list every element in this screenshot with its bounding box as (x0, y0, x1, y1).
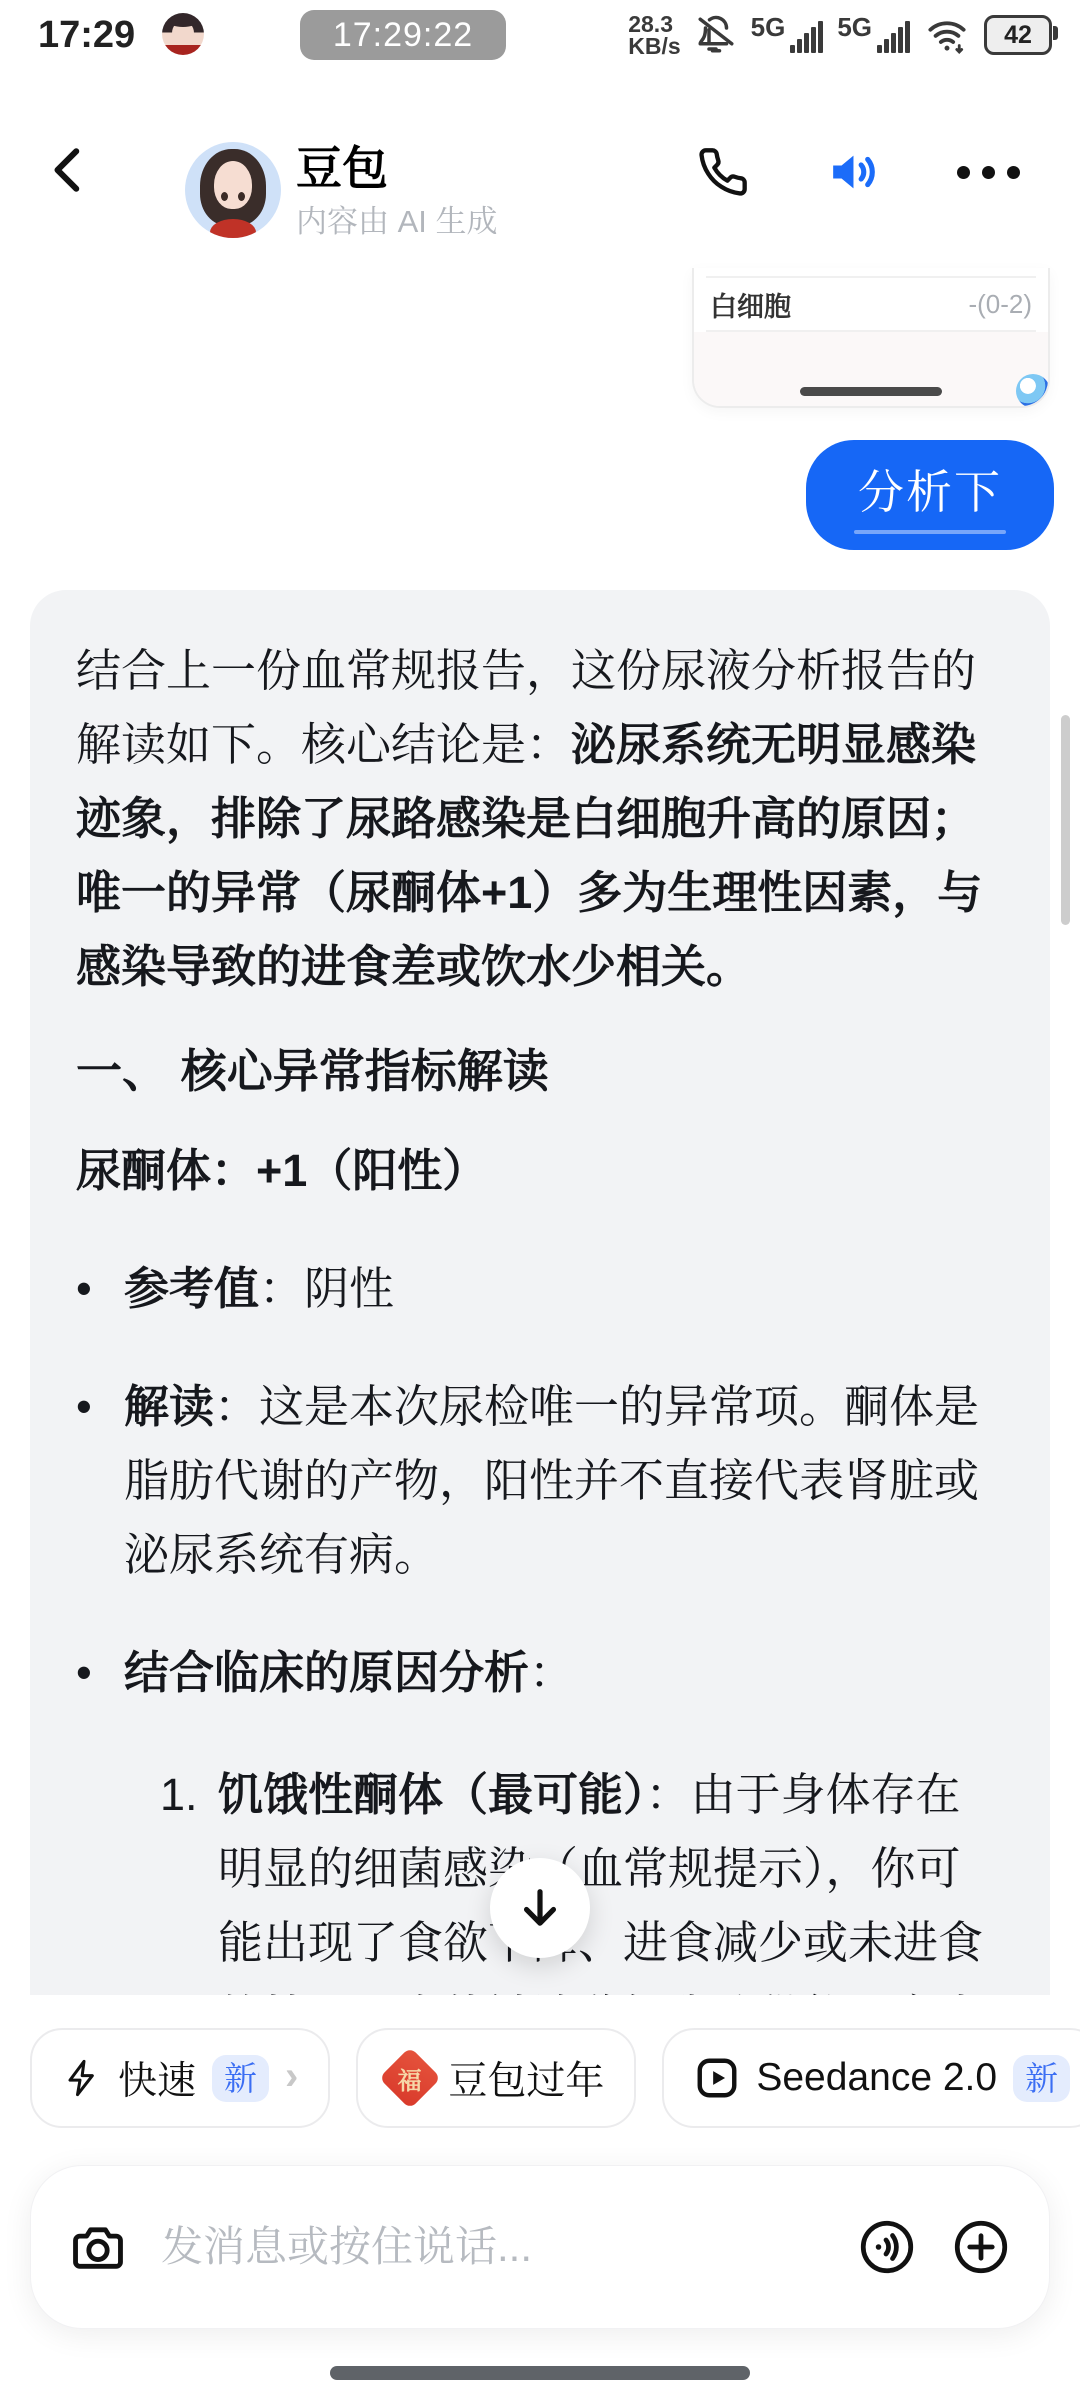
network-speed: 28.3KB/s (628, 13, 680, 57)
ai-response-card: 结合上一份血常规报告，这份尿液分析报告的解读如下。核心结论是：泌尿系统无明显感染… (30, 590, 1050, 1995)
message-input-bar[interactable] (30, 2165, 1050, 2329)
more-options-button[interactable] (957, 166, 1020, 179)
status-avatar-icon (162, 13, 204, 55)
status-bar: 17:29 17:29:22 28.3KB/s 5G 5G (0, 0, 1080, 70)
doubao-watermark-icon (1016, 374, 1050, 408)
report-row-value: -(0-2) (968, 289, 1032, 320)
bullet-item-interpretation: • 解读：这是本次尿检唯一的异常项。酮体是脂肪代谢的产物，阳性并不直接代表肾脏或… (76, 1370, 1004, 1592)
suggestion-chip-row: 快速 新 › 福 豆包过年 Seedance 2.0 新 (30, 2028, 1080, 2132)
assistant-name: 豆包 (296, 132, 388, 198)
assistant-avatar[interactable] (185, 142, 281, 238)
voice-mode-icon[interactable] (857, 2217, 917, 2277)
screen-recording-timer[interactable]: 17:29:22 (300, 10, 506, 60)
scrollbar-thumb[interactable] (1061, 715, 1070, 925)
fu-diamond-icon: 福 (379, 2047, 441, 2109)
read-aloud-speaker-button[interactable] (825, 144, 881, 200)
chip-doubao-newyear[interactable]: 福 豆包过年 (356, 2028, 636, 2128)
mute-bell-icon (695, 14, 737, 56)
scroll-to-bottom-button[interactable] (490, 1858, 590, 1958)
screenshot-home-bar (800, 387, 942, 396)
report-image-message[interactable]: 白细胞 -(0-2) (692, 268, 1050, 408)
user-message-text: 分析下 (858, 456, 1002, 522)
home-indicator[interactable] (330, 2366, 750, 2380)
battery-indicator: 42 (984, 15, 1052, 55)
new-badge: 新 (1013, 2055, 1070, 2102)
bullet-item-reference: • 参考值：阴性 (76, 1252, 1004, 1326)
back-button[interactable] (40, 138, 100, 202)
chip-seedance[interactable]: Seedance 2.0 新 (662, 2028, 1080, 2128)
ai-generated-disclaimer: 内容由 AI 生成 (296, 196, 498, 241)
sub-heading: 尿酮体：+1（阳性） (76, 1134, 1004, 1208)
lightning-icon (62, 2056, 102, 2100)
chevron-right-icon: › (285, 2054, 298, 2099)
section-heading: 一、 核心异常指标解读 (76, 1034, 1004, 1108)
clock-time: 17:29 (38, 14, 135, 57)
arrow-down-icon (514, 1882, 566, 1934)
numbered-item-1: 1. 饥饿性酮体（最可能）：由于身体存在明显的细菌感染（血常规提示），你可能出现… (160, 1758, 1004, 1995)
bullet-item-clinical-analysis: • 结合临床的原因分析： (76, 1636, 1004, 1710)
user-message-bubble[interactable]: 分析下 (806, 440, 1054, 550)
cellular-signal-2: 5G (837, 13, 910, 58)
report-row-label: 白细胞 (710, 285, 791, 324)
plus-icon[interactable] (951, 2217, 1011, 2277)
camera-icon[interactable] (69, 2218, 127, 2276)
chip-quick-mode[interactable]: 快速 新 › (30, 2028, 330, 2128)
cellular-signal-1: 5G (751, 13, 824, 58)
new-badge: 新 (212, 2055, 269, 2102)
message-underline (854, 530, 1006, 534)
wifi-icon (924, 14, 970, 56)
voice-call-button[interactable] (697, 146, 749, 198)
play-square-icon (694, 2055, 740, 2101)
chat-header: 豆包 内容由 AI 生成 (0, 92, 1080, 252)
message-input[interactable] (159, 2222, 857, 2272)
ai-paragraph-1: 结合上一份血常规报告，这份尿液分析报告的解读如下。核心结论是：泌尿系统无明显感染… (76, 634, 1004, 1004)
